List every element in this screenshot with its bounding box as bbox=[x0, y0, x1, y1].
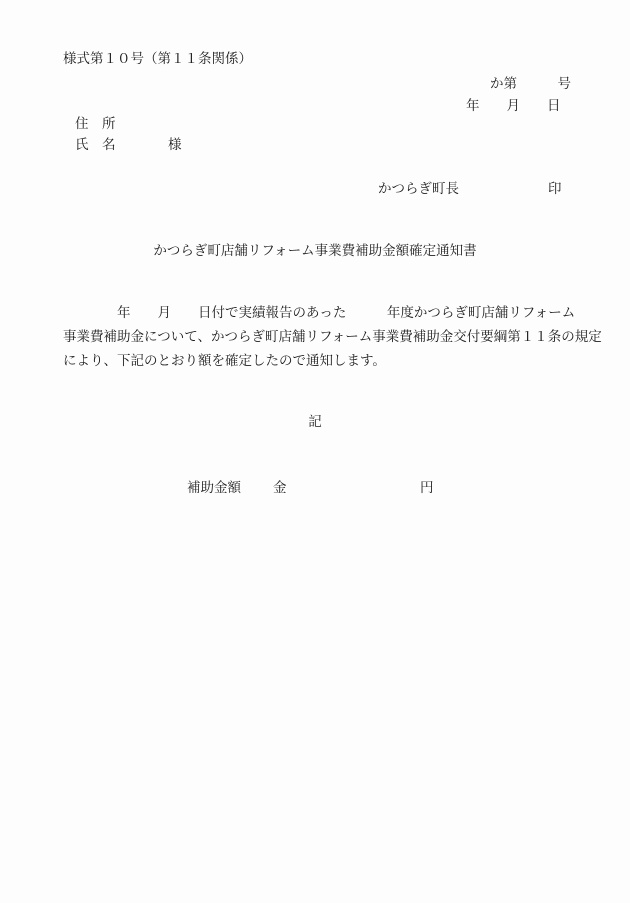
date-line: 年 月 日 bbox=[466, 98, 561, 114]
document-page: 様式第１０号（第１１条関係） か第 号 年 月 日 住 所 氏 名 様 かつらぎ… bbox=[0, 0, 630, 903]
record-marker: 記 bbox=[0, 414, 630, 430]
subsidy-amount-unit: 円 bbox=[420, 480, 434, 496]
form-number: 様式第１０号（第１１条関係） bbox=[63, 51, 252, 67]
issuer-name: かつらぎ町長 bbox=[378, 181, 459, 197]
body-paragraph-line-1: 年 月 日付で実績報告のあった 年度かつらぎ町店舗リフォーム bbox=[63, 305, 608, 321]
body-paragraph-line-3: により、下記のとおり額を確定したので通知します。 bbox=[63, 353, 608, 369]
body-paragraph-line-2: 事業費補助金について、かつらぎ町店舗リフォーム事業費補助金交付要綱第１１条の規定 bbox=[63, 329, 608, 345]
document-title: かつらぎ町店舗リフォーム事業費補助金額確定通知書 bbox=[0, 243, 630, 259]
subsidy-amount-line: 補助金額 金 円 bbox=[187, 480, 587, 498]
subsidy-amount-label: 補助金額 bbox=[187, 480, 241, 496]
recipient-name-label: 氏 名 bbox=[75, 137, 116, 153]
recipient-address-label: 住 所 bbox=[75, 116, 116, 132]
issuer-seal-mark: 印 bbox=[548, 181, 562, 197]
subsidy-amount-currency-prefix: 金 bbox=[273, 480, 287, 496]
issuer-line: かつらぎ町長 印 bbox=[0, 181, 630, 199]
document-number-line: か第 号 bbox=[490, 76, 571, 92]
recipient-honorific: 様 bbox=[168, 137, 182, 153]
